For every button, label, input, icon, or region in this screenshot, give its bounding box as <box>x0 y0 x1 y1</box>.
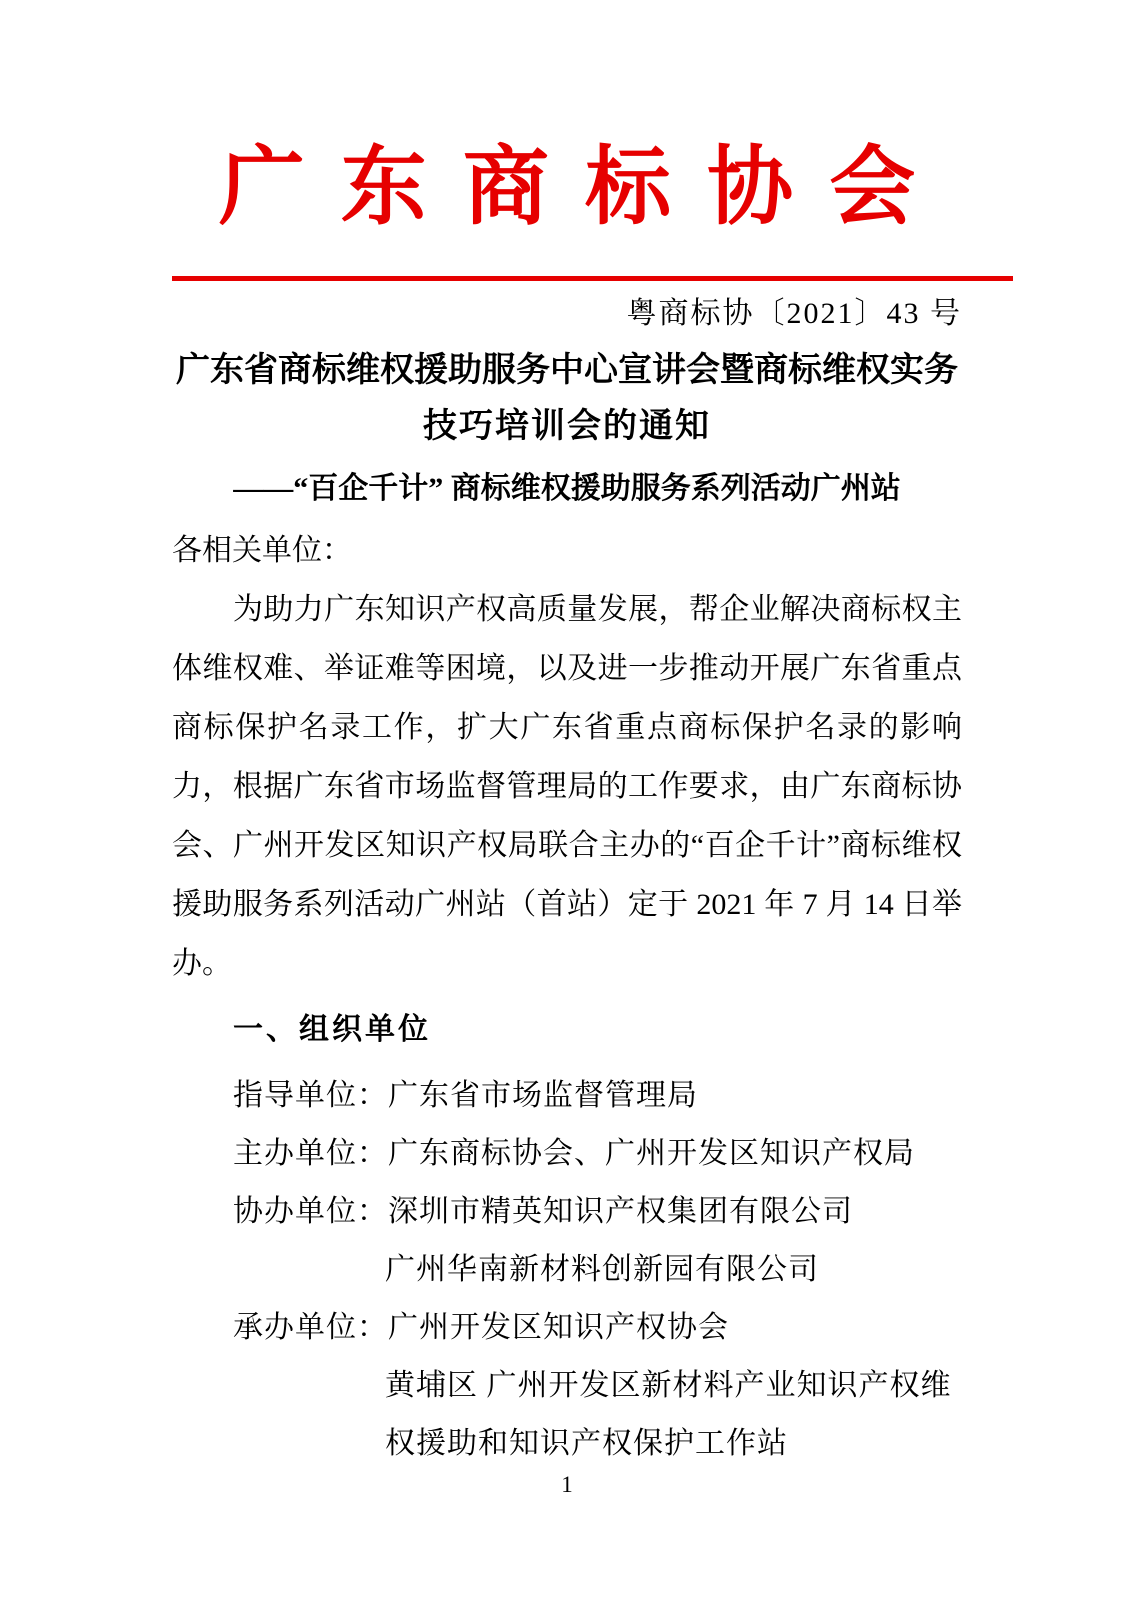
list-item: 指导单位： 广东省市场监督管理局 <box>172 1067 962 1125</box>
org-list-value: 广东商标协会、广州开发区知识产权局 <box>388 1125 915 1183</box>
paragraph-line: 为助力广东知识产权高质量发展，帮企业解决商标权主 <box>172 580 962 639</box>
document-page: 广东商标协会 粤商标协〔2021〕43 号 广东省商标维权援助服务中心宣讲会暨商… <box>0 0 1131 1600</box>
page-number: 1 <box>172 1473 962 1497</box>
org-list-value: 权援助和知识产权保护工作站 <box>385 1415 788 1473</box>
org-list-label <box>233 1357 385 1415</box>
list-item: 协办单位： 深圳市精英知识产权集团有限公司 <box>172 1183 962 1241</box>
org-list-value: 广州开发区知识产权协会 <box>388 1299 729 1357</box>
org-list-value: 广东省市场监督管理局 <box>388 1067 698 1125</box>
document-content: 广东商标协会 粤商标协〔2021〕43 号 广东省商标维权援助服务中心宣讲会暨商… <box>172 0 962 1497</box>
paragraph-line: 办。 <box>172 934 962 993</box>
org-list-label: 主办单位： <box>233 1125 388 1183</box>
letterhead-org-title: 广东商标协会 <box>172 0 998 232</box>
org-list-value: 深圳市精英知识产权集团有限公司 <box>388 1183 853 1241</box>
list-item: 主办单位： 广东商标协会、广州开发区知识产权局 <box>172 1125 962 1183</box>
document-subtitle: ——“百企千计” 商标维权援助服务系列活动广州站 <box>172 467 962 511</box>
doc-number: 粤商标协〔2021〕43 号 <box>172 295 962 333</box>
org-list-label: 协办单位： <box>233 1183 388 1241</box>
section-heading-organizers: 一、组织单位 <box>172 1001 962 1059</box>
org-list-value: 黄埔区 广州开发区新材料产业知识产权维 <box>385 1357 952 1415</box>
org-list-label: 承办单位： <box>233 1299 388 1357</box>
org-list-label <box>233 1241 385 1299</box>
paragraph-line: 会、广州开发区知识产权局联合主办的“百企千计”商标维权 <box>172 816 962 875</box>
paragraph-line: 援助服务系列活动广州站（首站）定于 2021 年 7 月 14 日举 <box>172 875 962 934</box>
org-list-label: 指导单位： <box>233 1067 388 1125</box>
list-item: 广州华南新材料创新园有限公司 <box>172 1241 962 1299</box>
document-title-line2: 技巧培训会的通知 <box>172 399 962 455</box>
list-item: 承办单位： 广州开发区知识产权协会 <box>172 1299 962 1357</box>
list-item: 黄埔区 广州开发区新材料产业知识产权维 <box>172 1357 962 1415</box>
document-body: 各相关单位： 为助力广东知识产权高质量发展，帮企业解决商标权主 体维权难、举证难… <box>172 521 962 993</box>
paragraph-line: 力，根据广东省市场监督管理局的工作要求，由广东商标协 <box>172 757 962 816</box>
document-title-line1: 广东省商标维权援助服务中心宣讲会暨商标维权实务 <box>172 343 962 399</box>
org-list-value: 广州华南新材料创新园有限公司 <box>385 1241 819 1299</box>
paragraph-line: 体维权难、举证难等困境，以及进一步推动开展广东省重点 <box>172 639 962 698</box>
organizer-list: 指导单位： 广东省市场监督管理局 主办单位： 广东商标协会、广州开发区知识产权局… <box>172 1067 962 1473</box>
salutation: 各相关单位： <box>172 521 962 580</box>
paragraph-line: 商标保护名录工作，扩大广东省重点商标保护名录的影响 <box>172 698 962 757</box>
list-item: 权援助和知识产权保护工作站 <box>172 1415 962 1473</box>
letterhead-divider <box>172 276 1013 281</box>
org-list-label <box>233 1415 385 1473</box>
